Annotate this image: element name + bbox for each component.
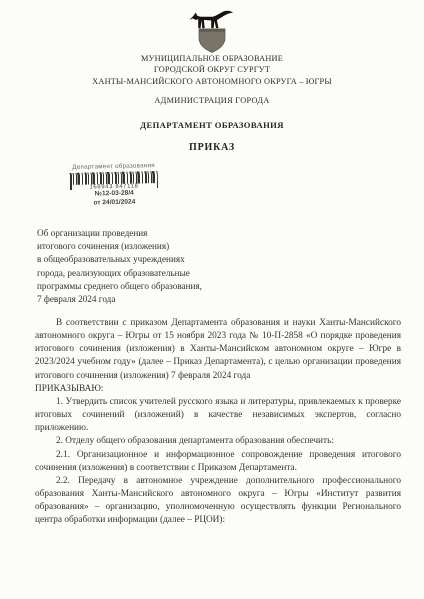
document-type-title: ПРИКАЗ xyxy=(0,142,424,153)
registration-stamp: Департамент образования 168943 847118 №1… xyxy=(63,162,166,208)
registration-date: от 24/01/2024 xyxy=(63,197,165,208)
subject-line: итогового сочинения (изложения) xyxy=(37,240,267,253)
order-item-2-1: 2.1. Организационное и информационное со… xyxy=(35,449,401,475)
subject-line: Об организации проведения xyxy=(37,227,267,240)
order-body: В соответствии с приказом Департамента о… xyxy=(35,317,401,528)
order-word: ПРИКАЗЫВАЮ: xyxy=(35,383,401,396)
administration-title: АДМИНИСТРАЦИЯ ГОРОДА xyxy=(0,96,424,105)
org-line-3: ХАНТЫ-МАНСИЙСКОГО АВТОНОМНОГО ОКРУГА – Ю… xyxy=(0,76,424,87)
org-line-2: ГОРОДСКОЙ ОКРУГ СУРГУТ xyxy=(0,64,424,75)
municipality-header: МУНИЦИПАЛЬНОЕ ОБРАЗОВАНИЕ ГОРОДСКОЙ ОКРУ… xyxy=(0,53,424,87)
subject-line: города, реализующих образовательные xyxy=(37,267,267,280)
org-line-1: МУНИЦИПАЛЬНОЕ ОБРАЗОВАНИЕ xyxy=(0,53,424,64)
subject-line: программы среднего общего образования, xyxy=(37,280,267,293)
order-item-1: 1. Утвердить список учителей русского яз… xyxy=(35,396,401,435)
scanned-order-document: МУНИЦИПАЛЬНОЕ ОБРАЗОВАНИЕ ГОРОДСКОЙ ОКРУ… xyxy=(0,0,424,599)
order-item-2-2: 2.2. Передачу в автономное учреждение до… xyxy=(35,475,401,528)
subject-line: 7 февраля 2024 года xyxy=(37,293,267,306)
order-item-2: 2. Отделу общего образования департамент… xyxy=(35,435,401,448)
stamp-department-label: Департамент образования xyxy=(63,162,165,171)
preamble-paragraph: В соответствии с приказом Департамента о… xyxy=(35,317,401,383)
barcode: 168943 847118 xyxy=(70,171,158,190)
surgut-coat-of-arms-icon xyxy=(186,7,238,54)
subject-line: в общеобразовательных учреждениях xyxy=(37,253,267,266)
department-title: ДЕПАРТАМЕНТ ОБРАЗОВАНИЯ xyxy=(0,120,424,130)
order-subject-block: Об организации проведения итогового сочи… xyxy=(37,227,267,306)
